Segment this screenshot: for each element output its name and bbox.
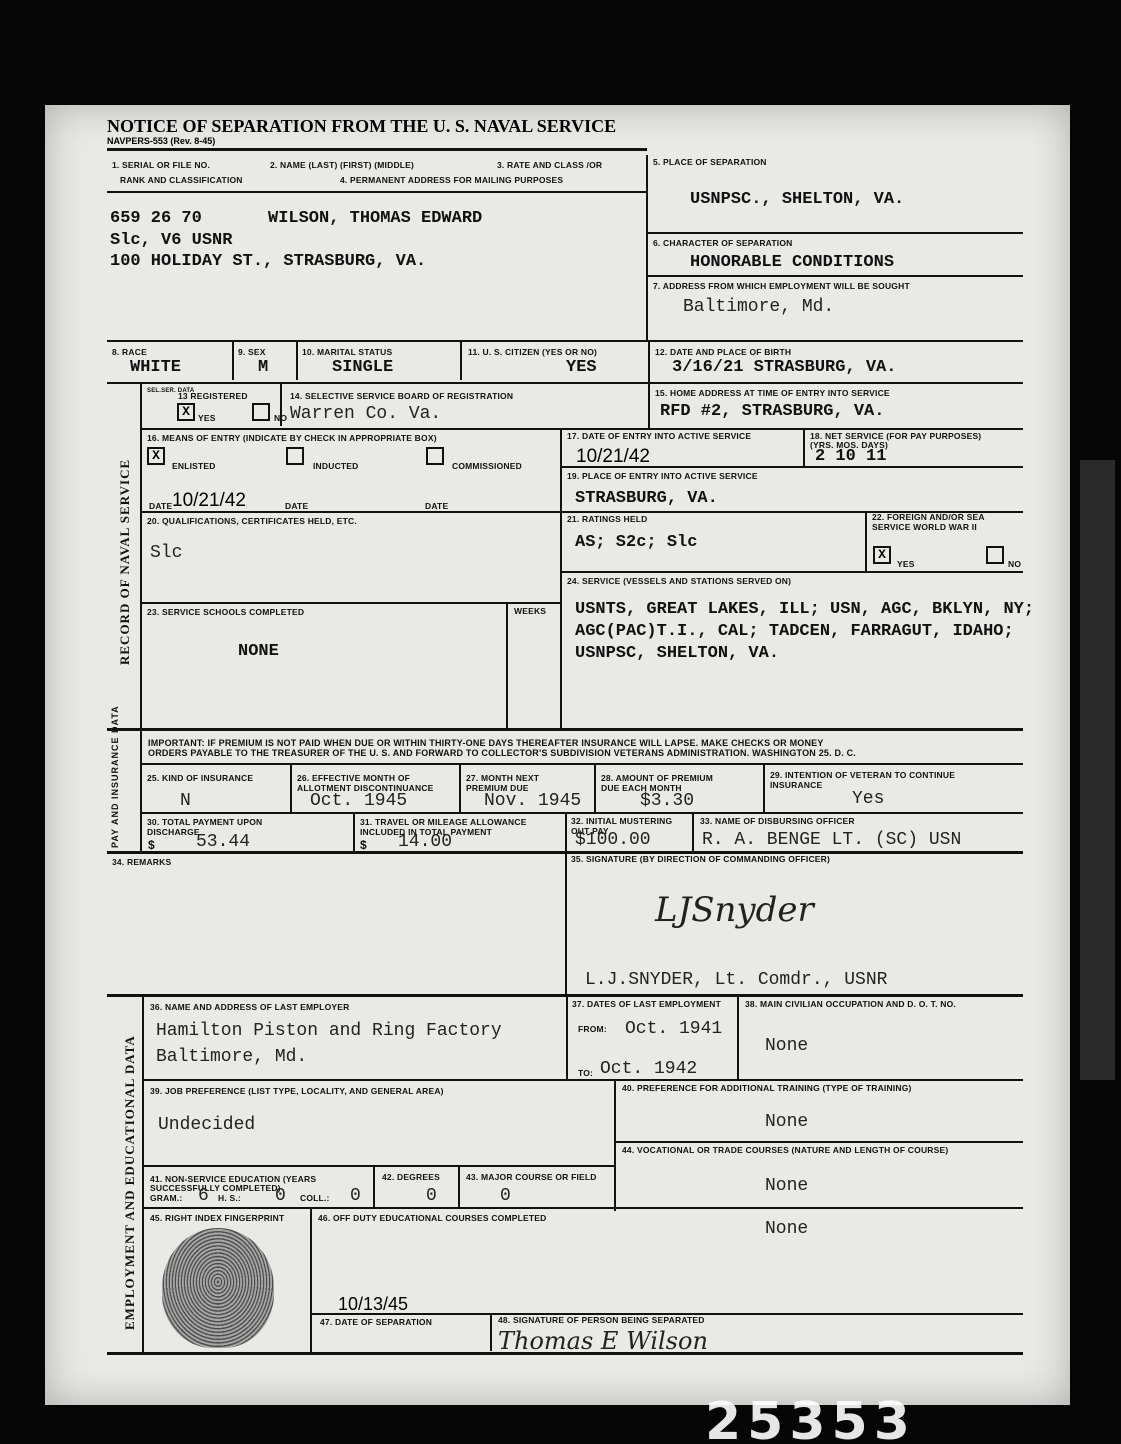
inducted-checkbox[interactable] — [286, 447, 304, 465]
rate-value: Slc, V6 USNR — [110, 231, 232, 250]
label-continue: 29. Intention of veteran to continue — [770, 770, 955, 780]
label-citizen: 11. U. S. Citizen (yes or no) — [468, 347, 597, 357]
label-employment-dates: 37. Dates of last employment — [572, 999, 721, 1009]
dollar-sign-2: $ — [360, 838, 367, 852]
divider — [692, 814, 694, 852]
label-fingerprint: 45. Right index fingerprint — [150, 1213, 284, 1223]
training-value: None — [765, 1112, 808, 1132]
label-employer: 36. Name and address of last employer — [150, 1002, 349, 1012]
label-means-entry: 16. Means of entry (indicate by check in… — [147, 433, 437, 443]
divider — [142, 997, 144, 1352]
travel-value: 14.00 — [398, 832, 452, 852]
label-name: 2. Name (Last) (First) (Middle) — [270, 160, 414, 170]
label-off-duty: 46. Off duty educational courses complet… — [318, 1213, 546, 1223]
label-date-3: Date — [425, 501, 448, 511]
fingerprint-image — [162, 1228, 274, 1348]
officer-signature: LJSnyder — [655, 890, 814, 930]
label-address: 4. Permanent address for mailing purpose… — [340, 175, 563, 185]
allotment-value: Oct. 1945 — [310, 791, 407, 811]
occupation-value: None — [765, 1036, 808, 1056]
continue-value: Yes — [852, 789, 884, 809]
employer-line-2: Baltimore, Md. — [156, 1047, 307, 1067]
off-duty-value: None — [765, 1219, 808, 1239]
disbursing-value: R. A. BENGE LT. (SC) USN — [702, 830, 961, 850]
label-travel: 31. Travel or mileage allowance — [360, 817, 527, 827]
label-active-date: 17. Date of entry into active service — [567, 431, 751, 441]
divider — [280, 384, 282, 426]
divider — [107, 994, 1023, 997]
label-coll: Coll.: — [300, 1193, 330, 1203]
label-foreign-2: service World War II — [872, 522, 977, 532]
label-serial: 1. Serial or file no. — [112, 160, 210, 170]
gram-value: 6 — [198, 1186, 209, 1206]
character-value: HONORABLE CONDITIONS — [690, 253, 894, 272]
commissioned-checkbox[interactable] — [426, 447, 444, 465]
label-rate: 3. Rate and class /or — [497, 160, 602, 170]
divider — [490, 1313, 492, 1351]
label-education-2: successfully completed) — [150, 1183, 281, 1193]
divider — [107, 191, 647, 193]
service-line-1: USNTS, GREAT LAKES, ILL; USN, AGC, BKLYN… — [575, 600, 1034, 619]
label-yes: Yes — [198, 413, 216, 423]
premium-value: $3.30 — [640, 791, 694, 811]
label-registered: 13 Registered — [178, 391, 248, 401]
label-gram: Gram.: — [150, 1193, 182, 1203]
film-edge — [1080, 460, 1115, 1080]
label-officer-signature: 35. Signature (by direction of commandin… — [571, 854, 830, 864]
dollar-sign: $ — [148, 838, 155, 852]
label-sex: 9. Sex — [238, 347, 266, 357]
divider — [290, 765, 292, 813]
label-foreign: 22. Foreign and/or sea — [872, 512, 985, 522]
divider — [107, 148, 647, 151]
label-job-preference: 39. Job preference (list type, locality,… — [150, 1086, 444, 1096]
label-employment-address: 7. Address from which employment will be… — [653, 281, 910, 291]
label-hs: H. S.: — [218, 1193, 241, 1203]
label-place-entry: 19. Place of entry into active service — [567, 471, 758, 481]
divider — [458, 1167, 460, 1207]
separation-date-value: 10/13/45 — [338, 1294, 408, 1315]
address-value: 100 HOLIDAY ST., STRASBURG, VA. — [110, 252, 426, 271]
job-preference-value: Undecided — [158, 1115, 255, 1135]
label-premium: 28. Amount of premium — [601, 773, 713, 783]
divider — [107, 1352, 1023, 1355]
label-total-payment: 30. Total payment upon — [147, 817, 262, 827]
divider — [232, 342, 234, 380]
side-label-pay: PAY AND INSURANCE DATA — [110, 705, 120, 848]
serial-value: 659 26 70 — [110, 209, 202, 228]
label-major: 43. Major course or field — [466, 1172, 597, 1182]
label-home-address: 15. Home address at time of entry into s… — [655, 388, 890, 398]
registered-no-checkbox[interactable] — [252, 403, 270, 421]
service-line-2: AGC(PAC)T.I., CAL; TADCEN, FARRAGUT, IDA… — [575, 622, 1014, 641]
divider — [460, 342, 462, 380]
label-enlisted: Enlisted — [172, 461, 216, 471]
insurance-kind-value: N — [180, 791, 191, 811]
total-payment-value: 53.44 — [196, 832, 250, 852]
sex-value: M — [258, 358, 268, 377]
divider — [373, 1167, 375, 1207]
race-value: WHITE — [130, 358, 181, 377]
divider — [107, 728, 1023, 731]
divider — [144, 1165, 614, 1167]
entry-date-value: 10/21/42 — [172, 490, 246, 512]
label-qualifications: 20. Qualifications, certificates held, e… — [147, 516, 357, 526]
label-separation-date: 47. Date of separation — [320, 1317, 432, 1327]
label-ratings: 21. Ratings held — [567, 514, 648, 524]
label-next-premium: 27. Month next — [466, 773, 539, 783]
major-value: 0 — [500, 1186, 511, 1206]
divider — [763, 765, 765, 813]
label-foreign-yes: Yes — [897, 559, 915, 569]
divider — [560, 428, 562, 730]
marital-value: SINGLE — [332, 358, 393, 377]
active-date-value: 10/21/42 — [576, 446, 650, 468]
hs-value: 0 — [275, 1186, 286, 1206]
ratings-value: AS; S2c; Slc — [575, 533, 697, 552]
board-value: Warren Co. Va. — [290, 404, 441, 424]
foreign-yes-checkbox[interactable]: X — [873, 546, 891, 564]
divider — [140, 731, 142, 851]
label-birth: 12. Date and place of birth — [655, 347, 791, 357]
label-place-separation: 5. Place of separation — [653, 157, 767, 167]
side-label-employment: EMPLOYMENT AND EDUCATIONAL DATA — [122, 1035, 138, 1330]
label-race: 8. Race — [112, 347, 147, 357]
label-total-payment-2: discharge — [147, 827, 200, 837]
label-insurance-kind: 25. Kind of insurance — [147, 773, 253, 783]
side-label-naval: RECORD OF NAVAL SERVICE — [117, 459, 133, 665]
label-board: 14. Selective service board of registrat… — [290, 391, 513, 401]
home-address-value: RFD #2, STRASBURG, VA. — [660, 402, 884, 421]
person-signature: Thomas E Wilson — [498, 1327, 708, 1355]
place-separation-value: USNPSC., SHELTON, VA. — [690, 190, 904, 209]
label-foreign-no: No — [1008, 559, 1021, 569]
enlisted-checkbox[interactable]: X — [147, 447, 165, 465]
important-line-1: IMPORTANT: If premium is not paid when d… — [148, 738, 824, 748]
divider — [614, 1081, 616, 1211]
divider — [648, 342, 650, 430]
label-date: Date — [149, 501, 172, 511]
form-title: NOTICE OF SEPARATION FROM THE U. S. NAVA… — [107, 116, 616, 137]
label-mustering: 32. Initial mustering — [571, 816, 672, 826]
divider — [648, 232, 1023, 234]
divider — [616, 1141, 1023, 1143]
degrees-value: 0 — [426, 1186, 437, 1206]
divider — [296, 342, 298, 380]
employment-to-value: Oct. 1942 — [600, 1059, 697, 1079]
divider — [865, 511, 867, 571]
divider — [140, 384, 142, 729]
vocational-value: None — [765, 1176, 808, 1196]
divider — [353, 814, 355, 852]
archive-stamp-number: 25353 — [705, 1392, 916, 1444]
divider — [142, 812, 1023, 814]
officer-name-value: L.J.SNYDER, Lt. Comdr., USNR — [585, 970, 887, 990]
service-line-3: USNPSC, SHELTON, VA. — [575, 644, 779, 663]
label-degrees: 42. Degrees — [382, 1172, 440, 1182]
label-from: From: — [578, 1024, 607, 1034]
citizen-value: YES — [566, 358, 597, 377]
label-training: 40. Preference for additional training (… — [622, 1083, 912, 1093]
employment-from-value: Oct. 1941 — [625, 1019, 722, 1039]
label-weeks: Weeks — [514, 606, 546, 616]
label-to: To: — [578, 1068, 593, 1078]
label-allotment: 26. Effective month of — [297, 773, 410, 783]
employment-address-value: Baltimore, Md. — [683, 297, 834, 317]
divider — [566, 997, 568, 1079]
label-rank: Rank and classification — [120, 175, 243, 185]
divider — [562, 571, 1023, 573]
label-service: 24. Service (vessels and stations served… — [567, 576, 791, 586]
divider — [142, 428, 1023, 430]
divider — [107, 382, 1023, 384]
label-schools: 23. Service schools completed — [147, 607, 304, 617]
divider — [565, 814, 567, 852]
qualifications-value: Slc — [150, 543, 182, 563]
label-remarks: 34. Remarks — [112, 857, 171, 867]
name-value: WILSON, THOMAS EDWARD — [268, 209, 482, 228]
divider — [107, 340, 1023, 342]
label-vocational: 44. Vocational or trade courses (nature … — [622, 1145, 948, 1155]
divider — [144, 1207, 1023, 1209]
divider — [803, 430, 805, 466]
divider — [594, 765, 596, 813]
label-continue-2: insurance — [770, 780, 822, 790]
important-line-2: orders payable to the treasurer of the U… — [148, 748, 856, 758]
divider — [142, 602, 560, 604]
net-service-value: 2 10 11 — [815, 447, 886, 466]
registered-yes-checkbox[interactable]: X — [177, 403, 195, 421]
label-inducted: Inducted — [313, 461, 359, 471]
label-person-signature: 48. Signature of person being separated — [498, 1315, 705, 1325]
label-character: 6. Character of separation — [653, 238, 792, 248]
mustering-value: $100.00 — [575, 830, 651, 850]
foreign-no-checkbox[interactable] — [986, 546, 1004, 564]
employer-line-1: Hamilton Piston and Ring Factory — [156, 1021, 502, 1041]
divider — [648, 275, 1023, 277]
coll-value: 0 — [350, 1186, 361, 1206]
divider — [562, 466, 1023, 468]
divider — [646, 155, 648, 340]
divider — [459, 765, 461, 813]
label-commissioned: Commissioned — [452, 461, 522, 471]
place-entry-value: STRASBURG, VA. — [575, 489, 718, 508]
label-marital: 10. Marital status — [302, 347, 392, 357]
label-disbursing: 33. Name of disbursing officer — [700, 816, 855, 826]
divider — [565, 854, 567, 994]
next-premium-value: Nov. 1945 — [484, 791, 581, 811]
label-date-2: Date — [285, 501, 308, 511]
schools-value: NONE — [238, 642, 279, 661]
divider — [144, 1079, 1023, 1081]
divider — [142, 763, 1023, 765]
divider — [737, 997, 739, 1079]
birth-value: 3/16/21 STRASBURG, VA. — [672, 358, 896, 377]
divider — [310, 1209, 312, 1352]
divider — [506, 602, 508, 728]
form-number: NAVPERS-553 (Rev. 8-45) — [107, 136, 215, 146]
label-occupation: 38. Main civilian occupation and D. O. T… — [745, 999, 956, 1009]
